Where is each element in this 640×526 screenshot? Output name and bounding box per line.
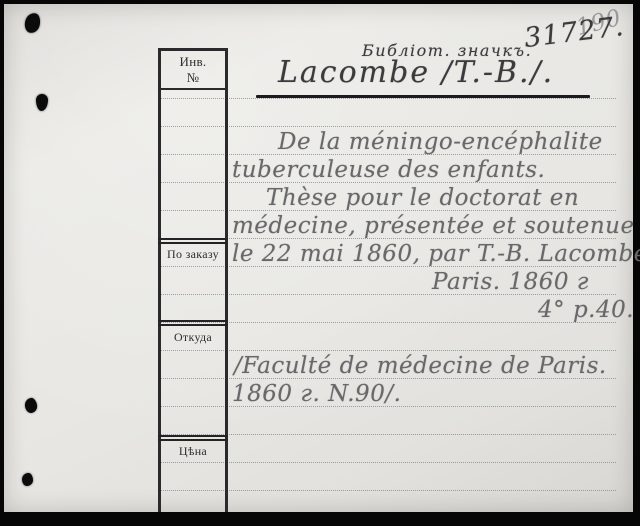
handwritten-line: Paris. 1860 г [432, 269, 589, 295]
section-separator [158, 435, 228, 441]
column-label-order: По заказу [158, 247, 228, 262]
scanned-catalog-card-page: 190 Библіот. значкъ. 31727. Инв. № По за… [0, 0, 640, 526]
section-separator [158, 320, 228, 326]
title-underline [256, 95, 590, 98]
hole-punch-icon [36, 94, 48, 111]
handwritten-line: 1860 г. N.90/. [232, 381, 401, 407]
title-handwritten: Lacombe /T.-B./. [278, 60, 554, 86]
section-separator [158, 238, 228, 244]
inventory-column [158, 48, 228, 512]
column-label-price: Цѣна [158, 444, 228, 459]
column-label-inventory: Инв. № [158, 54, 228, 86]
library-stamp-number: 31727. [523, 14, 626, 52]
handwritten-line: De la méningo-encéphalite [278, 129, 603, 155]
catalog-card: 190 Библіот. значкъ. 31727. Инв. № По за… [4, 4, 633, 512]
handwritten-line: médecine, présentée et soutenue [232, 213, 635, 239]
handwritten-line: tuberculeuse des enfants. [232, 157, 545, 183]
handwritten-line: le 22 mai 1860, par T.-B. Lacombe. [232, 241, 640, 267]
hole-punch-icon [24, 397, 38, 414]
column-label-origin: Откуда [158, 330, 228, 345]
inventory-label-line2: № [158, 70, 228, 86]
hole-punch-icon [22, 473, 33, 486]
handwritten-line: Thèse pour le doctorat en [266, 185, 579, 211]
hole-punch-icon [23, 12, 42, 35]
handwritten-line: /Faculté de médecine de Paris. [234, 353, 607, 379]
column-header-line [158, 88, 228, 90]
handwritten-line: 4° p.40. [538, 297, 634, 323]
inventory-label-line1: Инв. [158, 54, 228, 70]
